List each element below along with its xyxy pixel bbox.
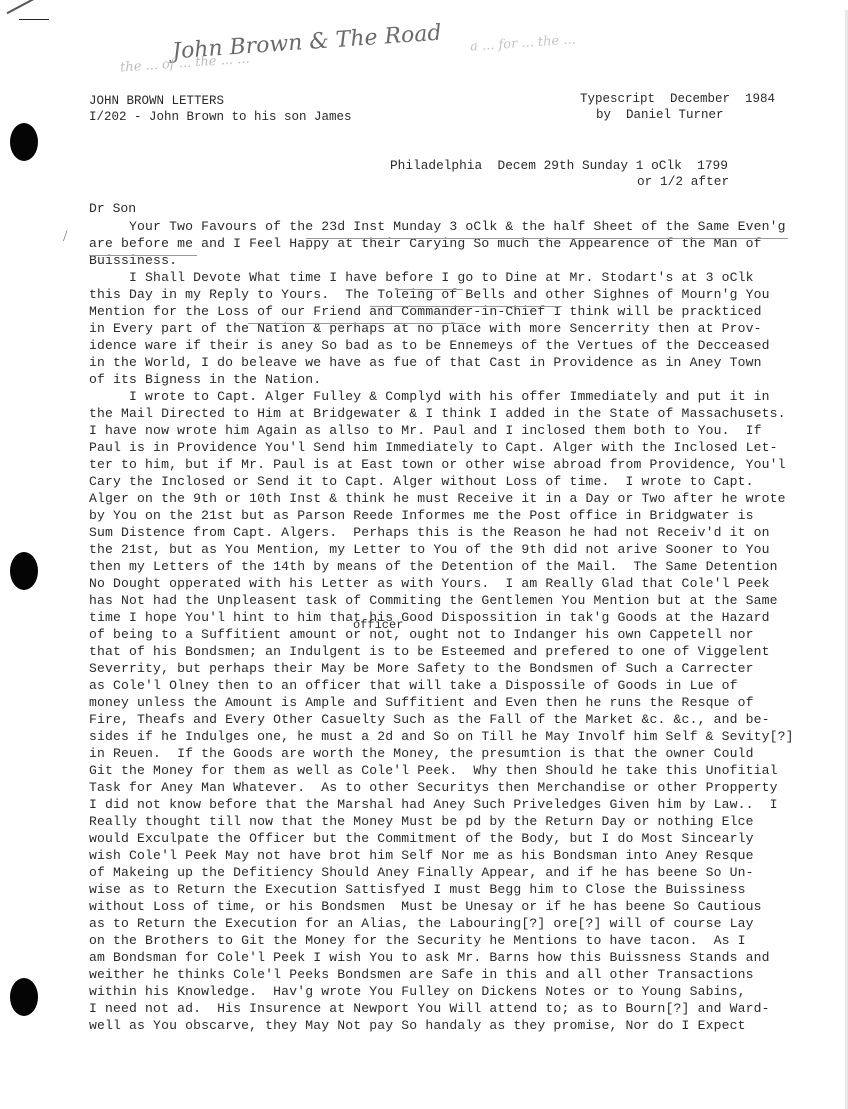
pencil-underline	[306, 238, 788, 239]
handwritten-faint-line-2: the ... of ... the ... ...	[120, 51, 250, 75]
pencil-underline	[395, 289, 463, 290]
body-line: Task for Aney Man Whatever. As to other …	[89, 779, 778, 796]
item-reference: I/202 - John Brown to his son James	[89, 110, 352, 124]
body-line: of its Bigness in the Nation.	[89, 371, 321, 388]
body-line: of being to a Suffitient amount or not, …	[89, 626, 754, 643]
body-line: ter to him, but if Mr. Paul is at East t…	[89, 456, 786, 473]
body-line: as to Return the Execution for an Alias,…	[89, 915, 754, 932]
body-line: the Mail Directed to Him at Bridgewater …	[89, 405, 786, 422]
body-line: Your Two Favours of the 23d Inst Munday …	[89, 218, 786, 235]
body-line: sides if he Indulges one, he must a 2d a…	[89, 728, 794, 745]
body-line: on the Brothers to Git the Money for the…	[89, 932, 746, 949]
margin-check-mark: /	[63, 228, 67, 246]
body-line: weither he thinks Cole'l Peeks Bondsmen …	[89, 966, 754, 983]
body-line: Git the Money for them as well as Cole'l…	[89, 762, 778, 779]
dateline-place-date: Philadelphia Decem 29th Sunday 1 oClk 17…	[390, 158, 728, 173]
body-line: Sum Distence from Capt. Algers. Perhaps …	[89, 524, 770, 541]
punch-hole-middle	[10, 552, 38, 590]
dateline-time: or 1/2 after	[637, 174, 729, 189]
body-line: time I hope You'l hint to him that his G…	[89, 609, 770, 626]
body-line: the 21st, but as You Mention, my Letter …	[89, 541, 770, 558]
body-line: in Reuen. If the Goods are worth the Mon…	[89, 745, 754, 762]
handwritten-faint-line-1: a ... for ... the ...	[470, 32, 577, 54]
body-line: Alger on the 9th or 10th Inst & think he…	[89, 490, 786, 507]
body-line: would Exculpate the Officer but the Comm…	[89, 830, 754, 847]
body-line: Paul is in Providence You'l Send him Imm…	[89, 439, 778, 456]
body-line: wise as to Return the Execution Sattisfy…	[89, 881, 746, 898]
body-line: am Bondsman for Cole'l Peek I wish You t…	[89, 949, 770, 966]
body-line: idence ware if their is aney So bad as t…	[89, 337, 770, 354]
body-line: I Shall Devote What time I have before I…	[89, 269, 754, 286]
typescript-date: Typescript December 1984	[580, 92, 775, 106]
body-line: Cary the Inclosed or Send it to Capt. Al…	[89, 473, 754, 490]
salutation: Dr Son	[89, 201, 136, 216]
body-line: as Cole'l Olney then to an officer that …	[89, 677, 738, 694]
body-line: within his Knowledge. Hav'g wrote You Fu…	[89, 983, 746, 1000]
body-line: I did not know before that the Marshal h…	[89, 796, 778, 813]
punch-hole-top	[10, 123, 38, 161]
typescript-author: by Daniel Turner	[596, 108, 724, 122]
margin-dash-mark	[19, 19, 49, 20]
scanned-letter-page: John Brown & The Road a ... for ... the …	[0, 0, 848, 1109]
pencil-underline	[248, 323, 466, 324]
body-line: well as You obscarve, they May Not pay S…	[89, 1017, 746, 1034]
punch-hole-bottom	[10, 978, 38, 1016]
body-line: wish Cole'l Peek May not have brot him S…	[89, 847, 754, 864]
body-line: in the World, I do beleave we have as fu…	[89, 354, 762, 371]
body-line: I have now wrote him Again as allso to M…	[89, 422, 762, 439]
pencil-underline	[89, 255, 197, 256]
body-line: then my Letters of the 14th by means of …	[89, 558, 778, 575]
corner-fold-mark	[0, 0, 43, 14]
collection-title: JOHN BROWN LETTERS	[89, 94, 224, 108]
pencil-underline	[370, 306, 562, 307]
body-line: Really thought till now that the Money M…	[89, 813, 754, 830]
body-line: without Loss of time, or his Bondsmen Mu…	[89, 898, 762, 915]
body-line: that of his Bondsmen; an Indulgent is to…	[89, 643, 770, 660]
body-line: No Dought opperated with his Letter as w…	[89, 575, 770, 592]
body-line: Fire, Theafs and Every Other Casuelty Su…	[89, 711, 770, 728]
body-line: Severrity, but perhaps their May be More…	[89, 660, 754, 677]
body-line: of Makeing up the Defitiency Should Aney…	[89, 864, 754, 881]
body-line: by You on the 21st but as Parson Reede I…	[89, 507, 754, 524]
body-line: I wrote to Capt. Alger Fulley & Complyd …	[89, 388, 770, 405]
body-line: has Not had the Unpleasent task of Commi…	[89, 592, 778, 609]
interlinear-insert: officer	[353, 618, 403, 632]
body-line: I need not ad. His Insurence at Newport …	[89, 1000, 770, 1017]
body-line: money unless the Amount is Ample and Suf…	[89, 694, 754, 711]
